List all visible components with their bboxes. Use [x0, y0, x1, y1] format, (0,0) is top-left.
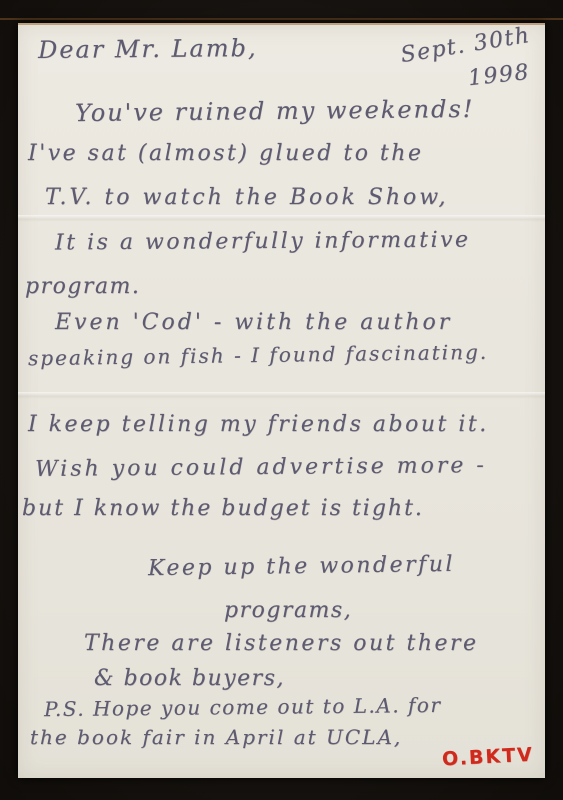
letter-line-9: Wish you could advertise more -	[35, 453, 487, 482]
scanned-letter-frame: Dear Mr. Lamb, Sept. 30th 1998 You've ru…	[0, 0, 563, 800]
letter-line-3: T.V. to watch the Book Show,	[45, 185, 449, 210]
letter-line-11: Keep up the wonderful	[148, 552, 455, 581]
letter-line-4: It is a wonderfully informative	[55, 228, 471, 256]
salutation: Dear Mr. Lamb,	[38, 34, 258, 64]
letter-line-16: the book fair in April at UCLA,	[30, 725, 402, 749]
fold-crease	[18, 215, 545, 222]
letter-line-14: & book buyers,	[94, 666, 285, 691]
letter-line-2: I've sat (almost) glued to the	[28, 141, 423, 166]
letter-line-12: programs,	[224, 598, 352, 623]
letter-paper: Dear Mr. Lamb, Sept. 30th 1998 You've ru…	[18, 23, 545, 778]
letter-line-13: There are listeners out there	[84, 631, 479, 656]
letter-line-15: P.S. Hope you come out to L.A. for	[44, 693, 442, 721]
letter-line-6: Even 'Cod' - with the author	[55, 310, 452, 335]
letter-line-10: but I know the budget is tight.	[22, 496, 424, 521]
letter-line-5: program.	[25, 274, 140, 299]
red-annotation: O.BKTV	[441, 744, 534, 771]
letter-line-8: I keep telling my friends about it.	[28, 412, 489, 437]
letter-line-7: speaking on fish - I found fascinating.	[28, 340, 488, 370]
letter-line-1: You've ruined my weekends!	[75, 95, 475, 127]
fold-crease	[18, 392, 545, 399]
date-line-2: 1998	[467, 60, 531, 91]
